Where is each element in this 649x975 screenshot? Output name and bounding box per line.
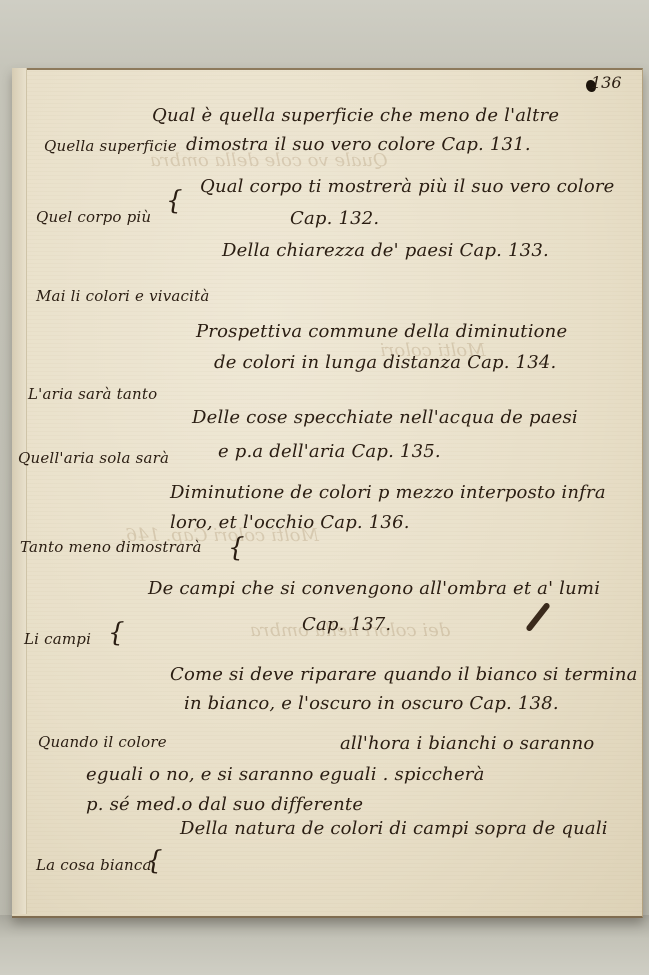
brace-mark: { xyxy=(166,188,183,214)
entry-heading-line: Cap. 137. xyxy=(302,614,391,635)
entry-heading-line: Delle cose specchiate nell'acqua de paes… xyxy=(192,407,578,428)
margin-note: Tanto meno dimostrarà xyxy=(20,538,202,556)
entry-heading-line: Qual è quella superficie che meno de l'a… xyxy=(152,105,559,126)
entry-heading-line: Come si deve riparare quando il bianco s… xyxy=(170,664,638,685)
margin-note: Quando il colore xyxy=(38,733,167,751)
page-shadow xyxy=(0,915,649,975)
entry-heading-line: de colori in lunga distanza Cap. 134. xyxy=(214,352,556,373)
margin-note: Quella superficie xyxy=(44,137,177,155)
margin-note: Quel corpo più xyxy=(36,208,151,226)
entry-heading-line: in bianco, e l'oscuro in oscuro Cap. 138… xyxy=(184,693,559,714)
margin-note: Quell'aria sola sarà xyxy=(18,449,169,467)
entry-heading-line: loro, et l'occhio Cap. 136. xyxy=(170,512,410,533)
entry-heading-line: Prospettiva commune della diminutione xyxy=(196,321,567,342)
brace-mark: { xyxy=(228,535,245,561)
page-gutter xyxy=(12,68,27,914)
entry-heading-line: De campi che si convengono all'ombra et … xyxy=(148,578,600,599)
entry-heading-line: Della natura de colori di campi sopra de… xyxy=(180,818,608,839)
brace-mark: { xyxy=(146,848,163,874)
entry-heading-line: dimostra il suo vero colore Cap. 131. xyxy=(186,134,531,155)
margin-note: Li campi xyxy=(24,630,91,648)
margin-note: La cosa bianca xyxy=(36,856,152,874)
entry-heading-line: p. sé med.o dal suo differente xyxy=(86,794,363,815)
entry-heading-line: all'hora i bianchi o saranno xyxy=(340,733,594,754)
entry-heading-line: Qual corpo ti mostrerà più il suo vero c… xyxy=(200,176,615,197)
brace-mark: { xyxy=(108,620,125,646)
entry-heading-line: Della chiarezza de' paesi Cap. 133. xyxy=(222,240,549,261)
entry-heading-line: e p.a dell'aria Cap. 135. xyxy=(218,441,441,462)
folio-number: 136 xyxy=(591,73,622,92)
entry-heading-line: Diminutione de colori p mezzo interposto… xyxy=(170,482,606,503)
margin-note: L'aria sarà tanto xyxy=(28,385,157,403)
margin-note: Mai li colori e vivacità xyxy=(36,287,210,305)
entry-heading-line: eguali o no, e si saranno eguali . spicc… xyxy=(86,764,485,785)
entry-heading-line: Cap. 132. xyxy=(290,208,379,229)
